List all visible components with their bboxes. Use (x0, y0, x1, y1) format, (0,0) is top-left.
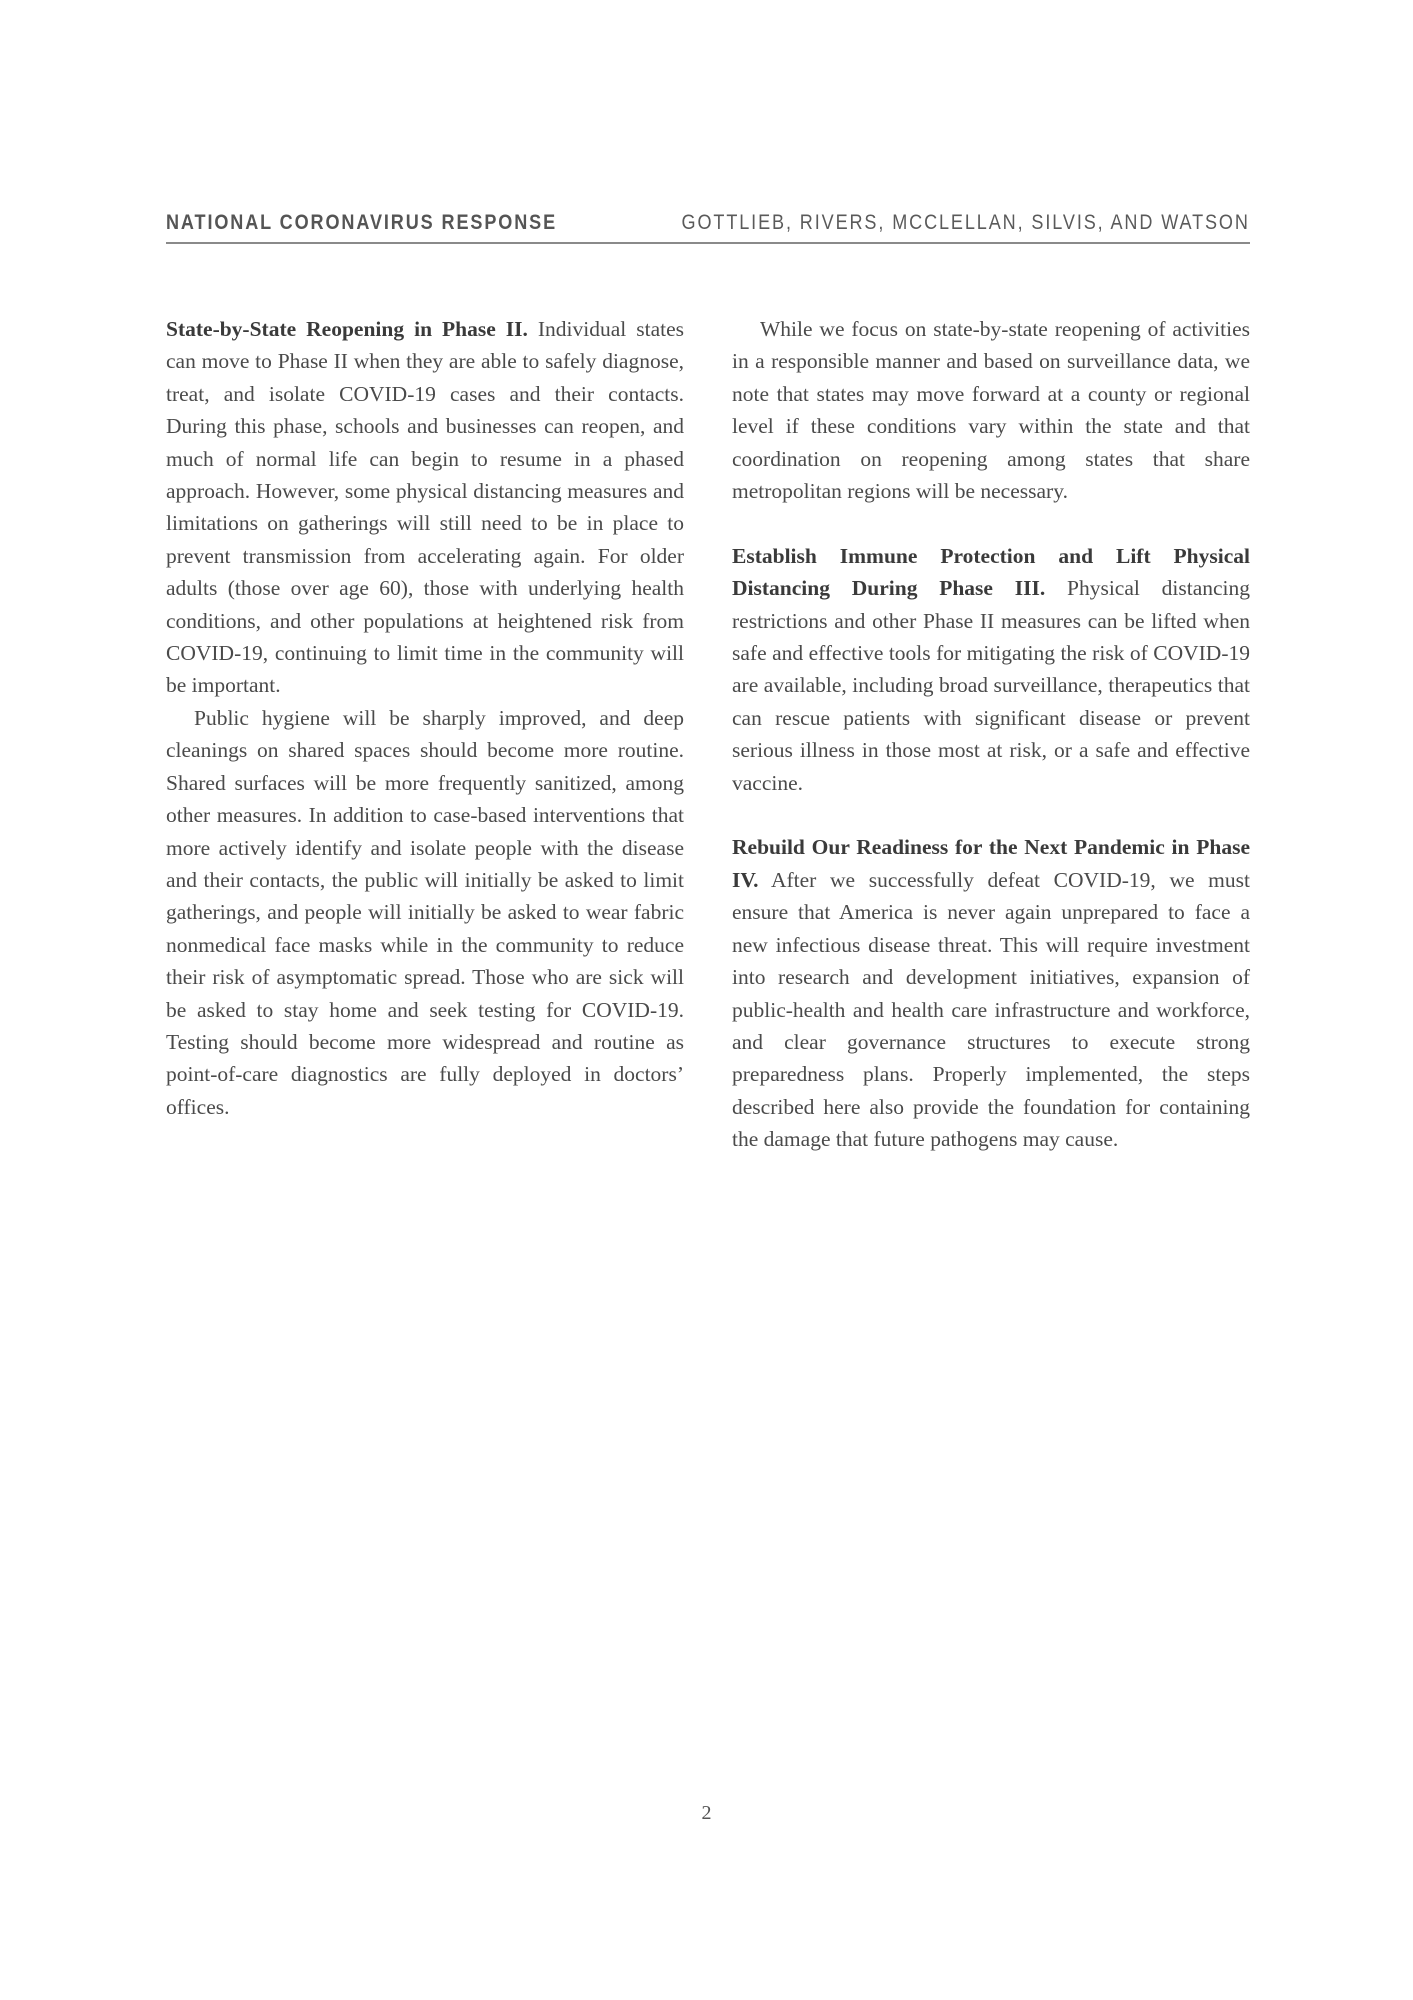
section-body: Individual states can move to Phase II w… (166, 317, 684, 697)
section-body: After we successfully defeat COVID-19, w… (732, 868, 1250, 1151)
section-phase-ii: State-by-State Reopening in Phase II. In… (166, 313, 684, 702)
paragraph-public-hygiene: Public hygiene will be sharply improved,… (166, 702, 684, 1123)
paragraph-state-reopening: While we focus on state-by-state reopeni… (732, 313, 1250, 507)
left-column: State-by-State Reopening in Phase II. In… (166, 313, 684, 1123)
right-column: While we focus on state-by-state reopeni… (732, 313, 1250, 1156)
section-phase-iv: Rebuild Our Readiness for the Next Pande… (732, 831, 1250, 1155)
running-title: NATIONAL CORONAVIRUS RESPONSE (166, 211, 557, 235)
running-authors: GOTTLIEB, RIVERS, MCCLELLAN, SILVIS, AND… (682, 211, 1250, 235)
running-header: NATIONAL CORONAVIRUS RESPONSE GOTTLIEB, … (166, 208, 1250, 244)
page-number: 2 (0, 1802, 1413, 1825)
section-heading: State-by-State Reopening in Phase II. (166, 317, 528, 341)
section-body: Physical distancing restrictions and oth… (732, 576, 1250, 794)
section-phase-iii: Establish Immune Protection and Lift Phy… (732, 540, 1250, 799)
